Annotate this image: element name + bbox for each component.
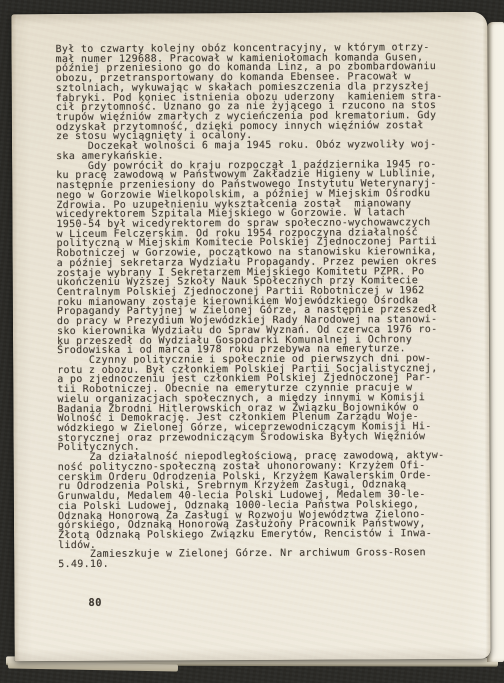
page-text: Był to czwarty kolejny obóz koncentracyj… xyxy=(55,43,460,570)
paragraph-camp-history: Był to czwarty kolejny obóz koncentracyj… xyxy=(55,43,458,142)
book-scan: Był to czwarty kolejny obóz koncentracyj… xyxy=(0,0,504,683)
page-number: 80 xyxy=(88,597,102,609)
paragraph-residence-archive: Zamieszkuje w Zielonej Górze. Nr archiwu… xyxy=(58,548,460,570)
paragraph-social-activity: Czynny politycznie i społecznie od pierw… xyxy=(57,354,460,453)
scanned-page: Był to czwarty kolejny obóz koncentracyj… xyxy=(11,12,490,661)
paragraph-honors: Za działalność niepodległościową, pracę … xyxy=(58,451,461,550)
paragraph-career: Gdy powrócił do kraju rozpoczął 1 paździ… xyxy=(56,160,459,356)
